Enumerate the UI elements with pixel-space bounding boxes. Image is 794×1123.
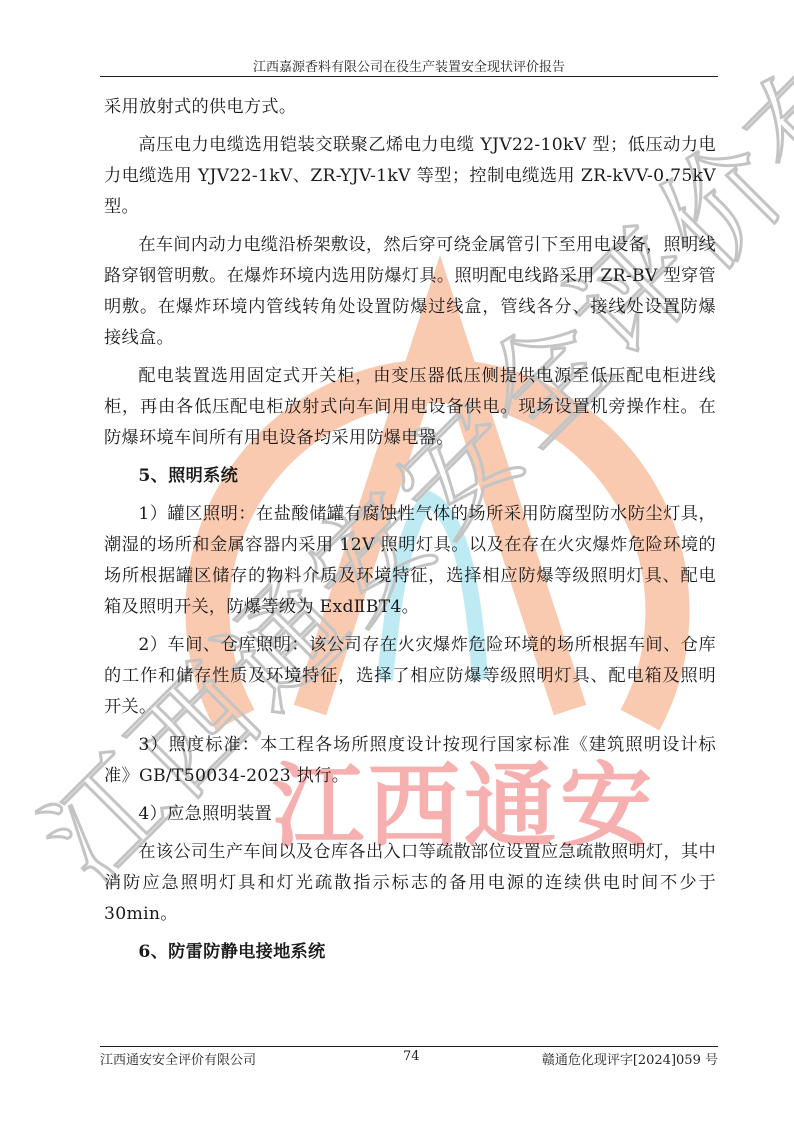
footer-divider: [100, 1046, 718, 1047]
paragraph-continuation: 采用放射式的供电方式。: [104, 92, 716, 123]
page-footer: 江西通安安全评价有限公司 74 赣通危化现评字[2024]059 号: [100, 1049, 718, 1068]
paragraph-illuminance-standard: 3）照度标准：本工程各场所照度设计按现行国家标准《建筑照明设计标准》GB/T50…: [104, 730, 716, 792]
paragraph-tank-lighting: 1）罐区照明：在盐酸储罐有腐蚀性气体的场所采用防腐型防水防尘灯具，潮湿的场所和金…: [104, 499, 716, 623]
footer-company: 江西通安安全评价有限公司: [100, 1049, 256, 1068]
section-heading-lighting: 5、照明系统: [104, 461, 716, 492]
document-body: 采用放射式的供电方式。 高压电力电缆选用铠装交联聚乙烯电力电缆 YJV22-10…: [104, 92, 716, 975]
header-divider: [100, 76, 718, 77]
paragraph-cables: 高压电力电缆选用铠装交联聚乙烯电力电缆 YJV22-10kV 型；低压动力电力电…: [104, 130, 716, 223]
paragraph-emergency-lighting: 在该公司生产车间以及仓库各出入口等疏散部位设置应急疏散照明灯，其中消防应急照明灯…: [104, 837, 716, 930]
paragraph-switchgear: 配电装置选用固定式开关柜，由变压器低压侧提供电源至低压配电柜进线柜，再由各低压配…: [104, 361, 716, 454]
paragraph-workshop-wiring: 在车间内动力电缆沿桥架敷设，然后穿可绕金属管引下至用电设备，照明线路穿钢管明敷。…: [104, 230, 716, 354]
page-header: 江西嘉源香料有限公司在役生产装置安全现状评价报告: [100, 56, 718, 75]
paragraph-workshop-lighting: 2）车间、仓库照明：该公司存在火灾爆炸危险环境的场所根据车间、仓库的工作和储存性…: [104, 630, 716, 723]
page-number: 74: [403, 1049, 420, 1064]
subheading-emergency-lighting: 4）应急照明装置: [104, 799, 716, 830]
section-heading-lightning-protection: 6、防雷防静电接地系统: [104, 937, 716, 968]
footer-report-number: 赣通危化现评字[2024]059 号: [542, 1049, 718, 1068]
